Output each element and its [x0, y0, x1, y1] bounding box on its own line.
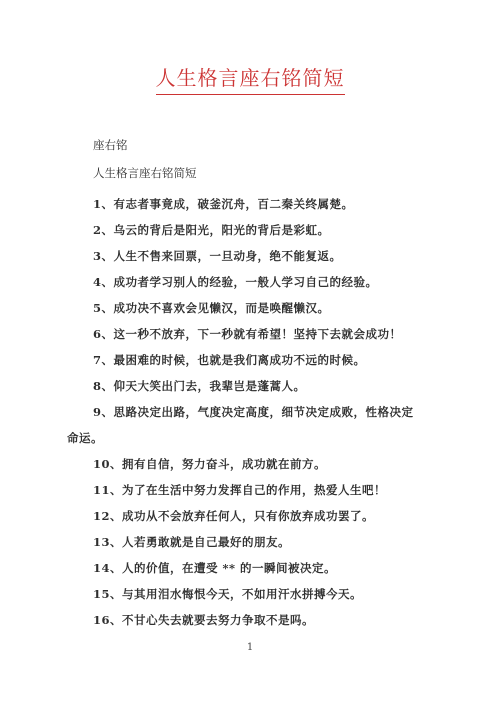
list-item: 1、有志者事竟成，破釜沉舟，百二秦关终属楚。: [67, 191, 415, 217]
list-item: 8、仰天大笑出门去，我辈岂是蓬蒿人。: [67, 373, 415, 399]
document-title-text: 人生格言座右铭简短: [156, 64, 345, 95]
list-item: 15、与其用泪水悔恨今天，不如用汗水拼搏今天。: [67, 581, 415, 607]
intro-section: 座右铭 人生格言座右铭简短: [67, 131, 415, 187]
list-item: 10、拥有自信，努力奋斗，成功就在前方。: [67, 451, 415, 477]
list-item: 2、乌云的背后是阳光，阳光的背后是彩虹。: [67, 217, 415, 243]
motto-list: 1、有志者事竟成，破釜沉舟，百二秦关终属楚。 2、乌云的背后是阳光，阳光的背后是…: [67, 191, 415, 633]
list-item: 3、人生不售来回票，一旦动身，绝不能复返。: [67, 243, 415, 269]
document-body: 座右铭 人生格言座右铭简短 1、有志者事竟成，破釜沉舟，百二秦关终属楚。 2、乌…: [67, 131, 415, 633]
list-item: 4、成功者学习别人的经验，一般人学习自己的经验。: [67, 269, 415, 295]
list-item: 7、最困难的时候，也就是我们离成功不远的时候。: [67, 347, 415, 373]
intro-line: 人生格言座右铭简短: [67, 159, 415, 187]
document-page: 人生格言座右铭简短 座右铭 人生格言座右铭简短 1、有志者事竟成，破釜沉舟，百二…: [0, 0, 500, 708]
list-item: 9、思路决定出路，气度决定高度，细节决定成败，性格决定命运。: [67, 399, 415, 451]
list-item: 5、成功决不喜欢会见懒汉，而是唤醒懒汉。: [67, 295, 415, 321]
list-item: 11、为了在生活中努力发挥自己的作用，热爱人生吧！: [67, 477, 415, 503]
list-item: 13、人若勇敢就是自己最好的朋友。: [67, 529, 415, 555]
intro-line: 座右铭: [67, 131, 415, 159]
document-title: 人生格言座右铭简短: [0, 0, 500, 95]
list-item: 16、不甘心失去就要去努力争取不是吗。: [67, 607, 415, 633]
list-item: 14、人的价值，在遭受 ** 的一瞬间被决定。: [67, 555, 415, 581]
page-number: 1: [0, 642, 500, 653]
list-item: 6、这一秒不放弃，下一秒就有希望！坚持下去就会成功！: [67, 321, 415, 347]
list-item: 12、成功从不会放弃任何人，只有你放弃成功罢了。: [67, 503, 415, 529]
